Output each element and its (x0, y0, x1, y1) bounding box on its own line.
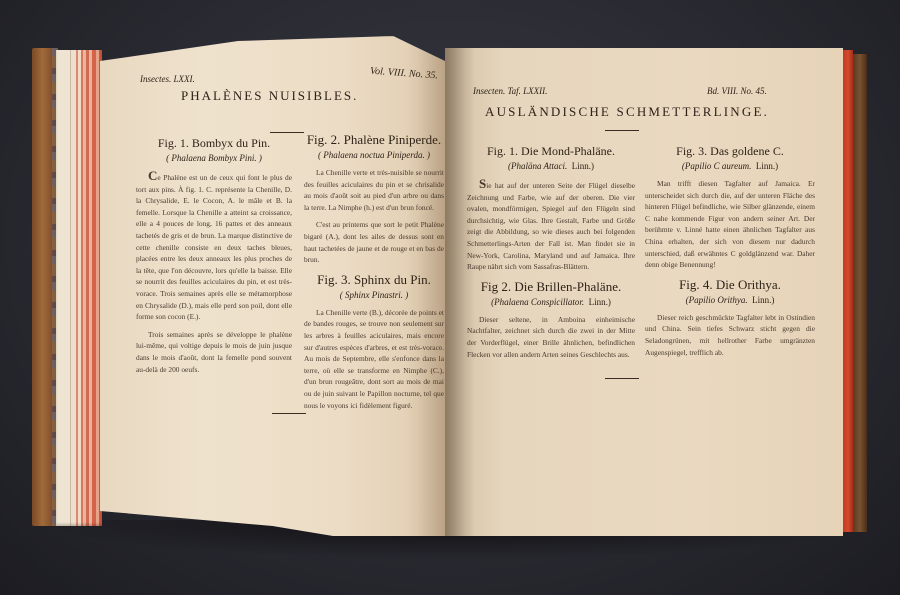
fig-2-latin: (Phalaena Conspicillator. Linn.) (467, 297, 635, 307)
end-rule (272, 413, 306, 414)
fig-2-heading: Fig. 2. Phalène Piniperde. (304, 132, 444, 148)
latin-name: (Phaläna Attaci. (508, 161, 567, 171)
fig-3-text: La Chenille verte (B.), décorée de point… (304, 307, 444, 411)
left-leather-cover (32, 48, 58, 526)
latin-name: (Papilio Orithya. (686, 295, 748, 305)
fig-1-heading: Fig. 1. Die Mond-Phaläne. (467, 144, 635, 159)
right-leather-cover (853, 54, 867, 532)
fig-4-heading: Fig. 4. Die Orithya. (645, 277, 815, 293)
fig-1-latin: (Phaläna Attaci. Linn.) (467, 161, 635, 171)
fig-1-text: Ce Phalène est un de ceux qui font le pl… (136, 170, 292, 375)
paragraph: Ce Phalène est un de ceux qui font le pl… (136, 170, 292, 323)
left-red-page-edges (56, 50, 102, 526)
left-page: Insectes. LXXI. Vol. VIII. No. 35. PHALÈ… (100, 36, 445, 536)
paragraph: C'est au printems que sort le petit Phal… (304, 219, 444, 265)
left-header-plate: Insectes. LXXI. (140, 74, 195, 84)
paragraph: Dieser reich geschmückte Tagfalter lebt … (645, 312, 815, 358)
fig-3-heading: Fig. 3. Das goldene C. (645, 144, 815, 159)
fig-3-heading: Fig. 3. Sphinx du Pin. (304, 272, 444, 288)
paragraph: Man trifft diesen Tagfalter auf Jamaica.… (645, 178, 815, 271)
left-column-2: Fig. 2. Phalène Piniperde. ( Phalaena no… (304, 132, 444, 417)
left-header-volume: Vol. VIII. No. 35. (370, 66, 439, 82)
fig-2-text: Dieser seltene, in Amboina einheimische … (467, 314, 635, 360)
left-column-1: Fig. 1. Bombyx du Pin. ( Phalaena Bombyx… (136, 136, 292, 381)
title-rule (270, 132, 304, 133)
title-rule (605, 130, 639, 131)
right-column-2: Fig. 3. Das goldene C. (Papilio C aureum… (645, 144, 815, 364)
fig-3-latin: ( Sphinx Pinastri. ) (304, 290, 444, 300)
right-header-volume: Bd. VIII. No. 45. (707, 86, 767, 96)
fig-1-heading: Fig. 1. Bombyx du Pin. (136, 136, 292, 151)
right-page: Insecten. Taf. LXXII. Bd. VIII. No. 45. … (445, 48, 843, 536)
linnaeus-attribution: Linn.) (752, 295, 774, 305)
paragraph: La Chenille verte et très-nuisible se no… (304, 167, 444, 213)
fig-2-heading: Fig 2. Die Brillen-Phaläne. (467, 279, 635, 295)
right-red-page-edge (843, 50, 853, 532)
fig-3-text: Man trifft diesen Tagfalter auf Jamaica.… (645, 178, 815, 271)
paragraph: Dieser seltene, in Amboina einheimische … (467, 314, 635, 360)
fig-3-latin: (Papilio C aureum. Linn.) (645, 161, 815, 171)
linnaeus-attribution: Linn.) (589, 297, 611, 307)
fig-4-text: Dieser reich geschmückte Tagfalter lebt … (645, 312, 815, 358)
right-column-1: Fig. 1. Die Mond-Phaläne. (Phaläna Attac… (467, 144, 635, 366)
linnaeus-attribution: Linn.) (572, 161, 594, 171)
paragraph: Sie hat auf der unteren Seite der Flügel… (467, 178, 635, 273)
paragraph: La Chenille verte (B.), décorée de point… (304, 307, 444, 411)
fig-2-latin: ( Phalaena noctua Piniperda. ) (304, 150, 444, 160)
photo-scene: Insectes. LXXI. Vol. VIII. No. 35. PHALÈ… (0, 0, 900, 595)
latin-name: (Phalaena Conspicillator. (491, 297, 584, 307)
fig-1-latin: ( Phalaena Bombyx Pini. ) (136, 153, 292, 163)
fig-1-text: Sie hat auf der unteren Seite der Flügel… (467, 178, 635, 273)
latin-name: (Papilio C aureum. (682, 161, 751, 171)
end-rule (605, 378, 639, 379)
fig-4-latin: (Papilio Orithya. Linn.) (645, 295, 815, 305)
right-header-plate: Insecten. Taf. LXXII. (473, 86, 547, 96)
left-page-title: PHALÈNES NUISIBLES. (181, 88, 358, 104)
fig-2-text: La Chenille verte et très-nuisible se no… (304, 167, 444, 266)
paragraph: Trois semaines après se développe le pha… (136, 329, 292, 375)
linnaeus-attribution: Linn.) (756, 161, 778, 171)
right-page-title: AUSLÄNDISCHE SCHMETTERLINGE. (485, 104, 769, 120)
